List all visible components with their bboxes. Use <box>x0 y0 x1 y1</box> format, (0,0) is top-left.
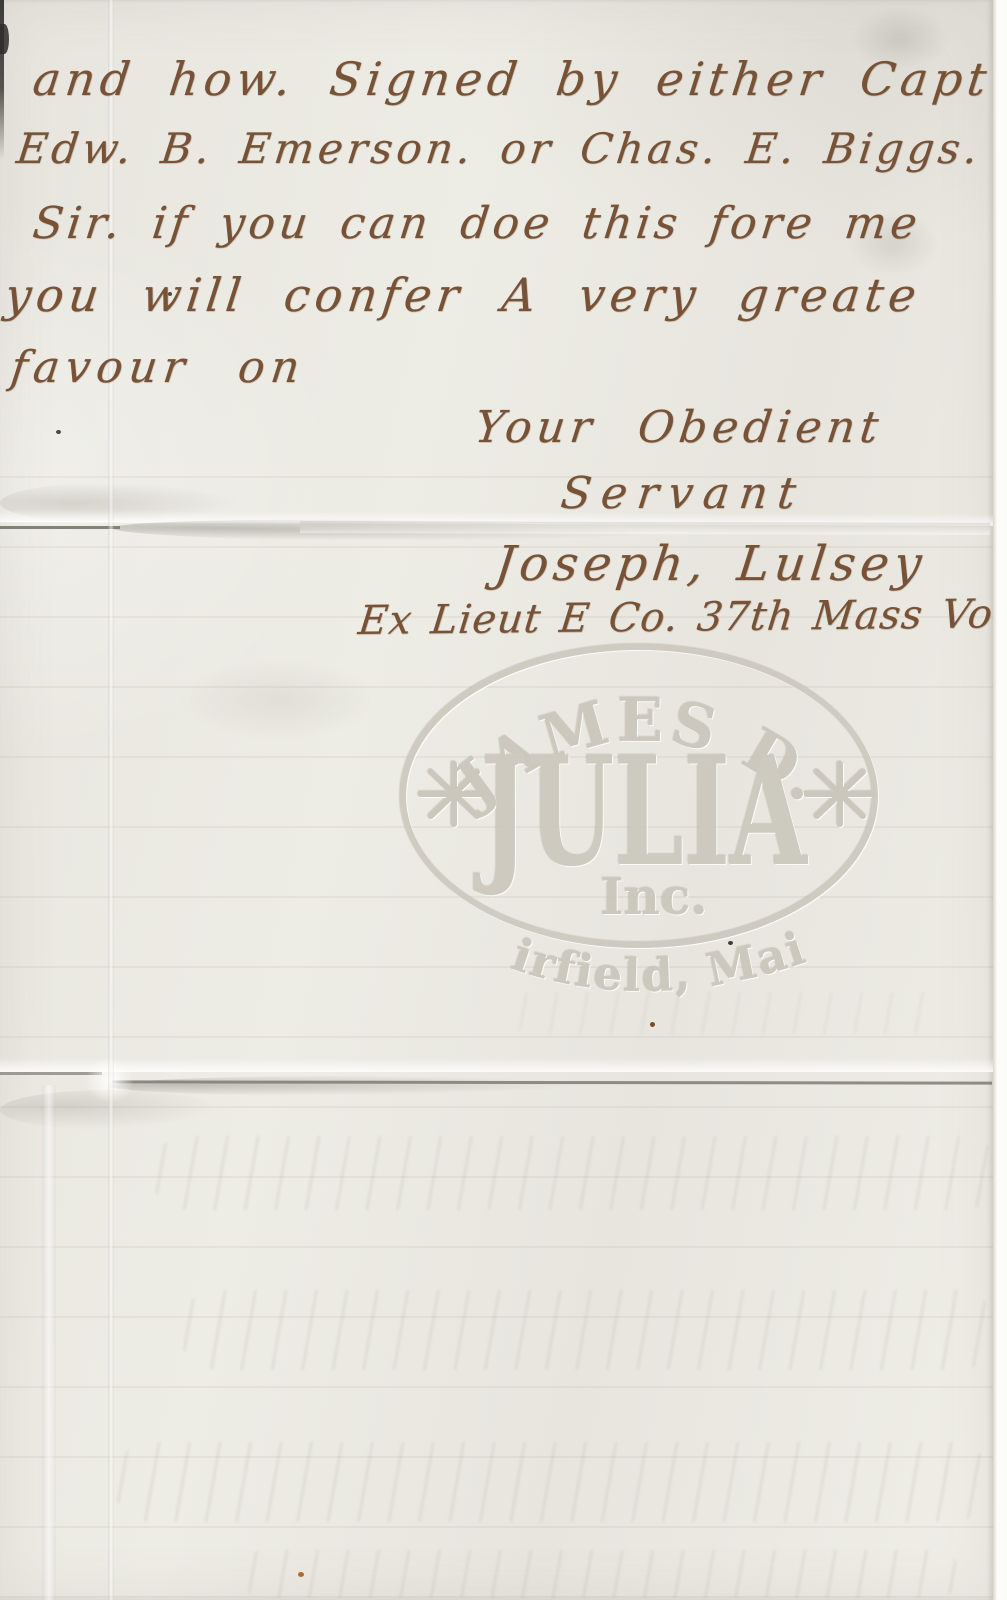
letter-body-line: and how. Signed by either Capt <box>30 52 994 106</box>
bleed-through-row <box>178 1290 998 1370</box>
fold-crease-shadow <box>300 521 990 535</box>
bleed-through-row <box>112 1442 992 1522</box>
watermark-inc-text: Inc. <box>600 867 708 926</box>
letter-closing-line: Servant <box>558 468 809 519</box>
auction-house-watermark: JAMES D. JULIA Inc. Fairfield, Maine <box>392 636 892 1026</box>
fold-crease-line <box>0 526 120 529</box>
bleed-through-row <box>150 1136 1000 1210</box>
scanner-background <box>993 0 1007 1600</box>
fold-crease-shadow <box>110 1076 590 1096</box>
watermark-star-left-icon <box>421 764 487 824</box>
scanned-letter-page: JAMES D. JULIA Inc. Fairfield, Maine and… <box>0 0 1007 1600</box>
watermark-star-right-icon <box>807 764 873 824</box>
letter-signature-title: Ex Lieut E Co. 37th Mass Vols <box>356 591 1007 644</box>
scan-edge-artifact <box>0 24 9 54</box>
letter-paper: JAMES D. JULIA Inc. Fairfield, Maine and… <box>0 0 993 1600</box>
ink-speck <box>298 1572 304 1577</box>
letter-body-line: Sir. if you can doe this fore me <box>30 198 924 249</box>
letter-signature: Joseph, Lulsey <box>492 536 930 592</box>
letter-body-line: favour on <box>8 342 308 393</box>
fold-crease-highlight <box>0 1058 993 1072</box>
letter-closing-line: Your Obedient <box>472 402 886 453</box>
vertical-fold-crease <box>42 1085 56 1600</box>
paper-smudge <box>180 660 380 740</box>
letter-body-line: Edw. B. Emerson. or Chas. E. Biggs. <box>14 124 984 173</box>
letter-body-line: you will confer A very greate <box>2 268 924 322</box>
bleed-through-row <box>240 1550 960 1598</box>
ink-speck <box>56 430 61 434</box>
